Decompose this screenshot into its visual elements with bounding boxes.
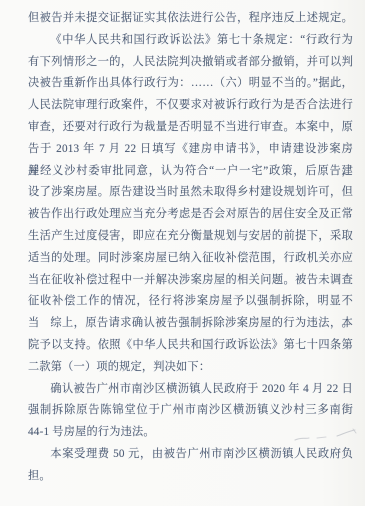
document-line: 审查，还要对行政行为裁量是否明显不当进行审查。本案中，原 (28, 117, 353, 139)
document-line: 确认被告广州市南沙区横沥镇人民政府于 2020 年 4 月 22 日 (28, 379, 353, 401)
document-line: 《中华人民共和国行政诉讼法》第七十条规定：“行政行为 (28, 30, 353, 52)
document-line: 适当的处理。同时涉案房屋已纳入征收补偿范围，行政机关亦应 (28, 248, 353, 270)
document-line: 人民法院审理行政案件，不仅要求对被诉行政行为是否合法进行 (28, 95, 353, 117)
pencil-mark (293, 428, 359, 446)
document-line: 担。 (28, 466, 353, 488)
scanned-page: 但被告并未提交证据证实其依法进行公告，程序违反上述规定。 《中华人民共和国行政诉… (0, 0, 365, 506)
document-line: 当在征收补偿过程中一并解决涉案房屋的相关问题。被告未调查 (28, 270, 353, 292)
document-line: 征收补偿工作的情况，径行将涉案房屋予以强制拆除，明显不当。 (28, 291, 353, 313)
document-line: 生活产生过度侵害，即应在充分衡量规划与安居的前提下，采取 (28, 226, 353, 248)
document-line: 被告作出行政处理应当充分考虑是否会对原告的居住安全及正常 (28, 204, 353, 226)
document-line: 但被告并未提交证据证实其依法进行公告，程序违反上述规定。 (28, 8, 353, 30)
document-line: 有下列情形之一的，人民法院判决撤销或者部分撤销，并可以判 (28, 52, 353, 74)
document-line: 强制拆除原告陈锦堂位于广州市南沙区横沥镇义沙村三多南街 (28, 400, 353, 422)
document-line: 综上，原告请求确认被告强制拆除涉案房屋的行为违法，本 (28, 313, 353, 335)
document-line: 设了涉案房屋。原告建设当时虽然未取得乡村建设规划许可，但 (28, 182, 353, 204)
document-line: 并经义沙村委审批同意，认为符合“一户一宅”政策，后原告建 (28, 161, 353, 183)
document-line: 决被告重新作出具体行政行为：……（六）明显不当的。”据此， (28, 73, 353, 95)
document-line: 本案受理费 50 元，由被告广州市南沙区横沥镇人民政府负 (28, 444, 353, 466)
judgment-text-block: 但被告并未提交证据证实其依法进行公告，程序违反上述规定。 《中华人民共和国行政诉… (28, 8, 353, 488)
document-line: 告于 2013 年 7 月 22 日填写《建房申请书》，申请建设涉案房屋， (28, 139, 353, 161)
document-line: 二款第（一）项的规定，判决如下： (28, 357, 353, 379)
document-line: 院予以支持。依照《中华人民共和国行政诉讼法》第七十四条第 (28, 335, 353, 357)
